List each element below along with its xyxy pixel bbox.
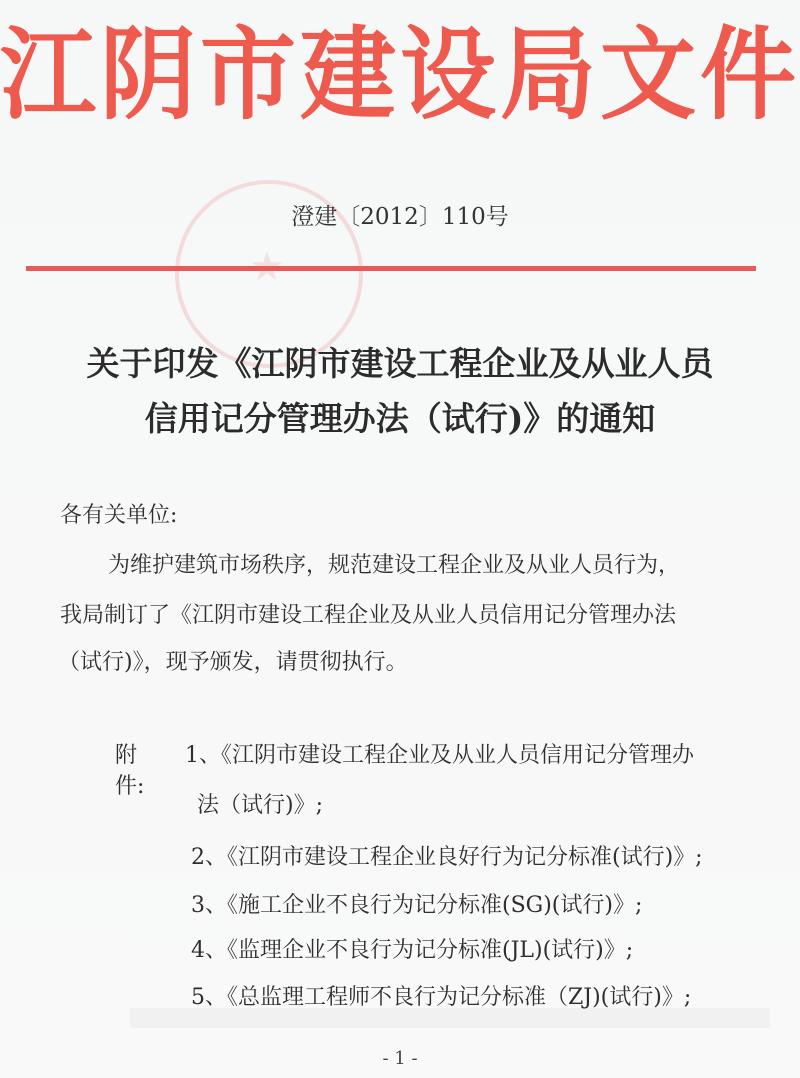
attachments-label: 附件:	[115, 738, 144, 800]
title-line-1: 关于印发《江阴市建设工程企业及从业人员	[0, 336, 800, 391]
body-paragraph-line-1: 为维护建筑市场秩序，规范建设工程企业及从业人员行为，	[108, 548, 800, 579]
attachment-item-2: 2、《江阴市建设工程企业良好行为记分标准(试行)》;	[191, 840, 703, 871]
red-separator-rule	[26, 266, 756, 271]
attachment-item-3: 3、《施工企业不良行为记分标准(SG)(试行)》;	[191, 888, 642, 919]
body-paragraph-line-3: （试行)》，现予颁发，请贯彻执行。	[58, 645, 778, 676]
attachment-item-5: 5、《总监理工程师不良行为记分标准（ZJ)(试行)》;	[191, 980, 691, 1011]
body-paragraph-line-2: 我局制订了《江阴市建设工程企业及从业人员信用记分管理办法	[60, 598, 780, 629]
page-number: - 1 -	[0, 1048, 800, 1069]
masthead-title: 江阴市建设局文件	[0, 25, 800, 126]
attachment-item-4: 4、《监理企业不良行为记分标准(JL)(试行)》;	[191, 933, 633, 964]
salutation: 各有关单位:	[60, 498, 780, 529]
scan-bleed-through	[130, 1008, 770, 1028]
document-page: 江阴市建设局文件 ★ 澄建〔2012〕110号 关于印发《江阴市建设工程企业及从…	[0, 0, 800, 1078]
document-number: 澄建〔2012〕110号	[0, 198, 800, 231]
attachment-item-1-continued: 法（试行)》;	[197, 788, 323, 819]
title-line-2: 信用记分管理办法（试行)》的通知	[0, 391, 800, 446]
masthead: 江阴市建设局文件	[0, 10, 800, 140]
attachment-item-1: 1、《江阴市建设工程企业及从业人员信用记分管理办	[185, 738, 694, 769]
document-title: 关于印发《江阴市建设工程企业及从业人员 信用记分管理办法（试行)》的通知	[0, 336, 800, 446]
